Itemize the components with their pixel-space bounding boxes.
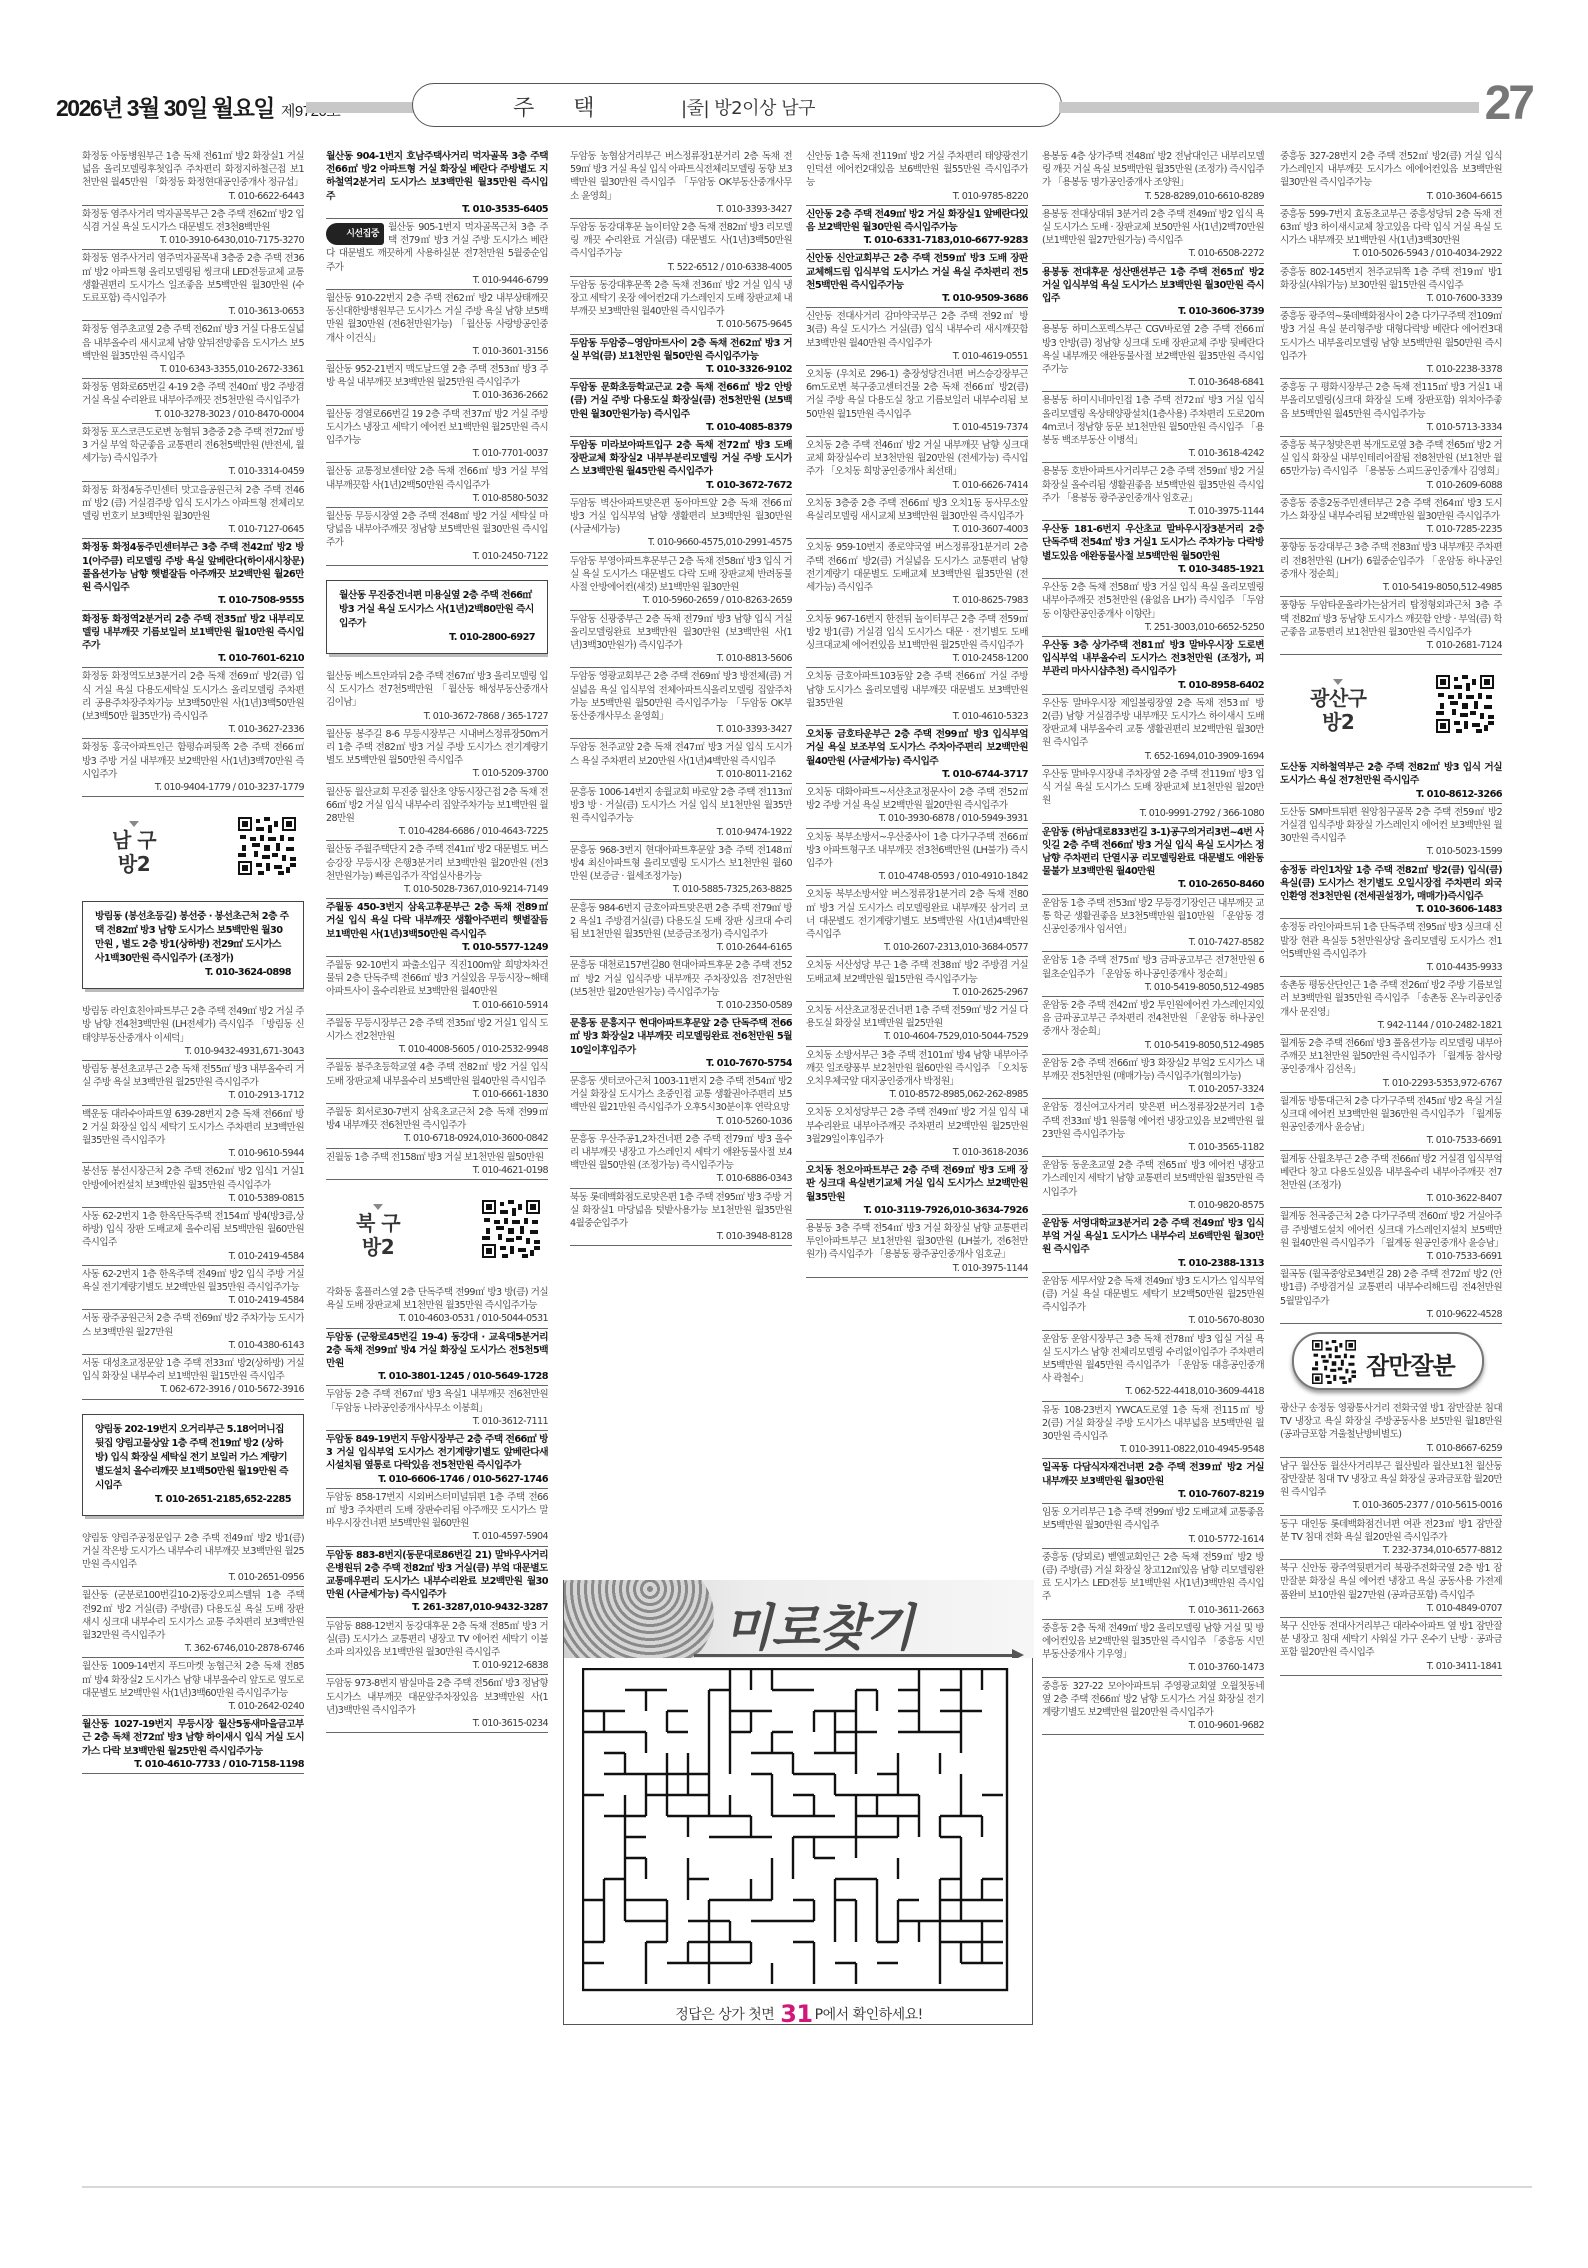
phone-number: T. 010-5419-8050,512-4985 xyxy=(1042,981,1264,994)
ad-text: 유동 108-23번지 YWCA도로옆 1층 독채 전115㎡ 방2(큼) 거실… xyxy=(1042,1405,1264,1442)
classified-ad: 월계동 방통대근처 2층 다가구주택 전45㎡ 방2 욕실 거실 싱크대 에어컨… xyxy=(1280,1093,1502,1151)
phone-number: T. 010-6626-7414 xyxy=(806,479,1028,492)
column-6: 중흥동 327-28번지 2층 주택 전52㎡ 방2(큼) 거실 입식 가스레인… xyxy=(1280,148,1502,1676)
classified-ad: 두암동 영광교회부근 2층 주택 전69㎡ 방3 방전체(큼) 거실넓음 욕실 … xyxy=(570,668,792,739)
classified-ad: 두암동 973-8번지 밤실마을 2층 주택 전56㎡ 방3 정남향 도시가스 … xyxy=(326,1675,548,1733)
classified-ad: 신안동 1층 독채 전119㎡ 방2 거실 주차편리 태양광전기 인덕션 에어컨… xyxy=(806,148,1028,206)
classified-ad: 월산동 952-21번지 맥도날드옆 2층 주택 전53㎡ 방3 주방 욕실 내… xyxy=(326,361,548,406)
ad-text: 서동 대성초교정문앞 1층 주택 전33㎡ 방2(상하방) 거실 입식 화장실 … xyxy=(82,1358,304,1382)
classified-ad: 유동 108-23번지 YWCA도로옆 1층 독채 전115㎡ 방2(큼) 거실… xyxy=(1042,1402,1264,1460)
phone-number: T. 010-6606-1746 / 010-5627-1746 xyxy=(326,1473,548,1486)
ad-text: 월산동 910-22번지 2층 주택 전62㎡ 방2 내부상태깨끗 동신대한방병… xyxy=(326,293,548,344)
phone-number: T. 010-9432-4931,671-3043 xyxy=(82,1045,304,1058)
classified-ad: 용봉동 전대상대뒤 3분거리 2층 주택 전49㎡ 방2 입식 욕실 도시가스 … xyxy=(1042,206,1264,264)
classified-ad: 북동 롯데백화점도로맞은편 1층 주택 전95㎡ 방3 주방 거실 화장실1 마… xyxy=(570,1189,792,1247)
boxed-ad: 양림동 202-19번지 오거리부근 5.18어머니집뒷집 양림고물상앞 1층 … xyxy=(82,1414,304,1516)
ad-text: 오치동 2층 주택 전46㎡ 방2 거실 내부깨끗 남향 싱크대교체 화장실수리… xyxy=(806,440,1028,477)
phone-number: T. 010-3535-6405 xyxy=(326,203,548,216)
classified-ad: 두암동 미라보아파트입구 2층 독채 전72㎡ 방3 도배 장판교체 화장실2 … xyxy=(570,437,792,495)
maze-grid[interactable] xyxy=(582,1668,1016,1993)
phone-number: T. 010-7533-6691 xyxy=(1280,1134,1502,1147)
phone-number: T. 010-5670-8030 xyxy=(1042,1314,1264,1327)
classified-ad: 운암동 운암시장부근 3층 독채 전78㎡ 방3 입실 거실 욕실 도시가스 남… xyxy=(1042,1331,1264,1402)
phone-number: T. 010-7601-6210 xyxy=(82,652,304,665)
classified-ad: 오치동 북부소방서앞 버스정류장1분거리 2층 독채 전80㎡ 방3 거실 도시… xyxy=(806,886,1028,957)
phone-number: T. 010-3119-7926,010-3634-7926 xyxy=(806,1204,1028,1217)
qr-code-icon[interactable] xyxy=(482,1200,540,1258)
ad-text: 주월동 무등시장부근 2층 주택 전35㎡ 방2 거실1 입식 도시가스 전2천… xyxy=(326,1018,548,1042)
phone-number: T. 010-2651-2185,652-2285 xyxy=(95,1493,291,1507)
qr-code-icon[interactable] xyxy=(1312,1340,1356,1384)
ad-text: 도산동 지하철역부근 2층 주택 전82㎡ 방3 입식 거실 도시가스 욕실 전… xyxy=(1280,762,1502,786)
classified-ad: 백운동 대라수아파트옆 639-28번지 2층 독채 전66㎡ 방2 거실 화장… xyxy=(82,1106,304,1164)
phone-number: T. 362-6746,010-2878-6746 xyxy=(82,1642,304,1655)
ad-text: 중흥동 599-7번지 효동초교부근 중흥성당뒤 2층 독채 전63㎡ 방3 하… xyxy=(1280,209,1502,246)
classified-ad: 용봉동 하미시네마인접 1층 주택 전72㎡ 방3 거실 입식 올리모델링 옥상… xyxy=(1042,392,1264,463)
classified-ad: 양림동 양림주공정문입구 2층 주택 전49㎡ 방2 방1(큼) 거실 작은방 … xyxy=(82,1530,304,1588)
phone-number: T. 010-5026-5943 / 010-4034-2922 xyxy=(1280,247,1502,260)
phone-number: T. 010-6886-0343 xyxy=(570,1172,792,1185)
classified-ad: 용봉동 3층 주택 전54㎡ 방3 거실 화장실 남향 교통편리 투인아파트부근… xyxy=(806,1220,1028,1278)
ad-text: 화정동 염주사거리 염주먹자골목내 3층중 2층 주택 전36㎡ 방2 아파트형… xyxy=(82,253,304,304)
ad-text: 화정동 화정역2분거리 2층 주택 전35㎡ 방2 내부리모델링 내부깨끗 기름… xyxy=(82,614,304,651)
ad-text: 동구 대인동 롯데백화점건너편 여관 전23㎡ 방1 잠만잘분 TV 침대 전화… xyxy=(1280,1519,1502,1543)
phone-number: T. 010-3648-6841 xyxy=(1042,376,1264,389)
phone-number: T. 010-6331-7183,010-6677-9283 xyxy=(806,234,1028,247)
ad-text: 두암동 동강대후문 놀이터앞 2층 독채 전82㎡ 방3 리모델링 깨끗 수리완… xyxy=(570,222,792,259)
ad-text: 중흥동 2층 독채 전49㎡ 방2 올리모델링 남향 거실 및 방에어컨있음 보… xyxy=(1042,1623,1264,1660)
ad-text: 중흥동 (당뫼로) 벧엘교회인근 2층 독채 전59㎡ 방2 방(큼) 주방(큼… xyxy=(1042,1552,1264,1603)
classified-ad: 문흥동 대천로157번길80 현대아파트후문 2층 주택 전52㎡ 방2 거실 … xyxy=(570,957,792,1015)
maze-answer-note: 정답은 상가 첫면 31P에서 확인하세요! xyxy=(564,2000,1034,2028)
phone-number: T. 010-3910-6430,010-7175-3270 xyxy=(82,234,304,247)
classified-ad: 신안동 신안교회부근 2층 주택 전59㎡ 방3 도배 장판교체해드림 입식부엌… xyxy=(806,250,1028,308)
ad-text: 화정동 화정4동주민센터부근 3층 주택 전42㎡ 방2 방1(아주큼) 리모델… xyxy=(82,542,304,593)
classified-ad: 북구 신안동 광주역뒷편거리 북광주전화국옆 2층 방1 잠만잘분 화장실 욕실… xyxy=(1280,1560,1502,1618)
ad-text: 두암동 2층 주택 전67㎡ 방3 욕실1 내부깨끗 전6천만원 「두암동 나라… xyxy=(326,1389,548,1413)
ad-text: 두암동 신광중부근 2층 독채 전79㎡ 방3 남향 입식 거실 올리모델링완료… xyxy=(570,614,792,651)
ad-text: 월산동 베스트안과뒤 2층 주택 전67㎡ 방3 올리모델링 입식 도시가스 전… xyxy=(326,671,548,708)
ad-text: 월산동 904-1번지 호남주택사거리 먹자골목 3층 주택 전66㎡ 방2 아… xyxy=(326,151,548,202)
phone-number: T. 010-3565-1182 xyxy=(1042,1141,1264,1154)
ad-text: 일곡동 다담식자재건너편 2층 주택 전39㎡ 방2 거실 내부깨끗 보3백만원… xyxy=(1042,1462,1264,1486)
ad-text: 중흥동 중흥2동주민센터부근 2층 주택 전64㎡ 방3 도시가스 화장실 내부… xyxy=(1280,498,1502,522)
phone-number: T. 010-6744-3717 xyxy=(806,768,1028,781)
header-rule-left xyxy=(306,102,416,113)
phone-number: T. 010-9446-6799 xyxy=(326,274,548,287)
phone-number: T. 010-4619-0551 xyxy=(806,350,1028,363)
ad-text: 화정동 염화로65번길 4-19 2층 주택 전40㎡ 방2 주방겸거실 욕실 … xyxy=(82,382,304,406)
phone-number: T. 010-2644-6165 xyxy=(570,941,792,954)
classified-ad: 송정동 라인아파트뒤 1층 단독주택 전95㎡ 방3 싱크대 신발장 현관 욕실… xyxy=(1280,919,1502,977)
phone-number: T. 261-3287,010-9432-3287 xyxy=(326,1601,548,1614)
ad-text: 송정동 라인아파트뒤 1층 단독주택 전95㎡ 방3 싱크대 신발장 현관 욕실… xyxy=(1280,922,1502,959)
qr-code-icon[interactable] xyxy=(1436,675,1494,733)
classified-ad: 화정동 화정역도보3분거리 2층 독채 전69㎡ 방2(큼) 입식 거실 욕실 … xyxy=(82,668,304,739)
phone-number: T. 010-7670-5754 xyxy=(570,1057,792,1070)
classified-ad: 도산동 SM마트뒤편 원앙침구골목 2층 주택 전59㎡ 방2 거실겸 입식주방… xyxy=(1280,804,1502,862)
maze-puzzle: 미로찾기 정답은 상가 첫면 31P에서 확인하세요! xyxy=(563,1580,1033,2025)
classified-ad: 월산동 주월주택단지 2층 주택 전41㎡ 방2 대문별도 버스승강장 무등시장… xyxy=(326,841,548,899)
ad-text: 사동 62-2번지 1층 한옥주택 전49㎡ 방2 입식 주방 거실 욕실 전기… xyxy=(82,1269,304,1293)
classified-ad: 두암동 천주교앞 2층 독채 전47㎡ 방3 거실 입식 도시가스 욕실 주차편… xyxy=(570,739,792,784)
classified-ad: 우산동 2층 독채 전58㎡ 방3 거실 입식 욕실 올리모델링 내부아주깨끗 … xyxy=(1042,579,1264,637)
phone-number: T. 010-9474-1922 xyxy=(570,826,792,839)
classified-ad: 풍향동 두암타운올라가는삼거리 탑정형외과근처 3층 주택 전82㎡ 방3 동남… xyxy=(1280,597,1502,655)
classified-ad: 우산동 말바우시장내 주차장옆 2층 주택 전119㎡ 방3 입식 거실 욕실 … xyxy=(1042,766,1264,824)
answer-page-number: 31 xyxy=(780,2000,812,2028)
ad-text: 우산동 2층 독채 전58㎡ 방3 거실 입식 욕실 올리모델링 내부아주깨끗 … xyxy=(1042,582,1264,619)
phone-number: T. 010-2350-0589 xyxy=(570,999,792,1012)
classified-ad: 시선집중월산동 905-1번지 먹자골목근처 3층 주택 전79㎡ 방3 거실 … xyxy=(326,219,548,290)
phone-number: T. 010-9622-4528 xyxy=(1280,1308,1502,1321)
classified-ad: 두암동 부영아파트후문부근 2층 독채 전58㎡ 방3 입식 거실 욕실 도시가… xyxy=(570,553,792,611)
classified-ad: 오치동 3층중 2층 주택 전66㎡ 방3 오치1동 동사무소앞 욕실리모델링 … xyxy=(806,495,1028,540)
classified-ad: 운암동 1층 주택 전75㎡ 방3 금파공고부근 전7천만원 6월초순입주가 「… xyxy=(1042,952,1264,997)
classified-ad: 화정동 화정4동주민센터부근 3층 주택 전42㎡ 방2 방1(아주큼) 리모델… xyxy=(82,539,304,610)
classified-ad: 두암동 (군왕로45번길 19-4) 동강대 · 교육대5분거리 2층 독채 전… xyxy=(326,1329,548,1387)
phone-number: T. 010-4380-6143 xyxy=(82,1339,304,1352)
classified-ad: 두암동 2층 주택 전67㎡ 방3 욕실1 내부깨끗 전6천만원 「두암동 나라… xyxy=(326,1386,548,1431)
phone-number: T. 010-4519-7374 xyxy=(806,421,1028,434)
phone-number: T. 010-3393-3427 xyxy=(570,203,792,216)
classified-ad: 중흥동 2층 독채 전49㎡ 방2 올리모델링 남향 거실 및 방에어컨있음 보… xyxy=(1042,1620,1264,1678)
phone-number: T. 010-5675-9645 xyxy=(570,318,792,331)
phone-number: T. 010-2419-4584 xyxy=(82,1294,304,1307)
region-header-bukgu: 북 구방2 xyxy=(326,1192,548,1272)
phone-number: T. 010-3975-1144 xyxy=(806,1262,1028,1275)
ad-text: 오치동 금호아파트103동앞 2층 주택 전66㎡ 거실 주방 남향 도시가스 … xyxy=(806,671,1028,708)
ad-text: 오치동 북부소방서~우산중사이 1층 다가구주택 전66㎡ 방3 아파트형구조 … xyxy=(806,832,1028,869)
classified-ad: 오치동 북부소방서~우산중사이 1층 다가구주택 전66㎡ 방3 아파트형구조 … xyxy=(806,829,1028,887)
classified-ad: 주월동 봉주초등학교옆 4층 주택 전82㎡ 방2 거실 입식 도배 장판교체 … xyxy=(326,1059,548,1104)
ad-text: 화정동 아동병원부근 1층 독채 전61㎡ 방2 화장실1 거실넓음 올리모델링… xyxy=(82,151,304,188)
ad-text: 두암동 858-17번지 시외버스터미널뒤편 1층 주택 전66㎡ 방3 주차편… xyxy=(326,1492,548,1529)
ad-text: 월산동 월산교회 무진중 월산초 양동시장근접 2층 독채 전66㎡ 방2 거실… xyxy=(326,787,548,824)
phone-number: T. 010-6718-0924,010-3600-0842 xyxy=(326,1132,548,1145)
classified-ad: 월산동 (군분로100번길10-2)동강오피스텔뒤 1층 주택 전92㎡ 방2 … xyxy=(82,1587,304,1658)
classified-ad: 일곡동 다담식자재건너편 2층 주택 전39㎡ 방2 거실 내부깨끗 보3백만원… xyxy=(1042,1459,1264,1504)
ad-text: 중흥동 구 평화시장부근 2층 독채 전115㎡ 방3 거실1 내부올리모델링(… xyxy=(1280,382,1502,419)
classified-ad: 남구 월산동 월산사거리부근 월산빌라 월산보1천 월산동 잠만잘분 침대 TV… xyxy=(1280,1458,1502,1516)
classified-ad: 월산동 무등시장옆 2층 주택 전48㎡ 방2 거실 세탁실 마당넓음 내부아주… xyxy=(326,508,548,566)
classified-ad: 월계동 천곡중근처 2층 다가구주택 전60㎡ 방2 거실아주큼 주방별도설치 … xyxy=(1280,1208,1502,1266)
phone-number: T. 010-5389-0815 xyxy=(82,1192,304,1205)
classified-ad: 월계동 산월초부근 2층 주택 전66㎡ 방2 거실겸 입식부엌 베란다 창고 … xyxy=(1280,1151,1502,1209)
classified-ad: 문흥동 문흥지구 현대아파트후문앞 2층 단독주택 전66㎡ 방3 화장실2 내… xyxy=(570,1015,792,1073)
phone-number: T. 010-4008-5605 / 010-2532-9948 xyxy=(326,1043,548,1056)
section-pill: 주 택 |줄| 방2이상 남구 xyxy=(412,83,1062,127)
triangle-icon xyxy=(1333,679,1343,685)
ad-text: 운암동 서영대학교3분거리 2층 주택 전49㎡ 방3 입식부엌 거실 욕실1 … xyxy=(1042,1218,1264,1255)
classified-ad: 월산동 910-22번지 2층 주택 전62㎡ 방2 내부상태깨끗 동신대한방병… xyxy=(326,290,548,361)
phone-number: T. 010-8572-8985,062-262-8985 xyxy=(806,1088,1028,1101)
phone-number: T. 010-3627-2336 xyxy=(82,723,304,736)
classified-ad: 두암동 신광중부근 2층 독채 전79㎡ 방3 남향 입식 거실 올리모델링완료… xyxy=(570,611,792,669)
ad-text: 운암동 경신여고사거리 맞은편 버스정류장2분거리 1층 주택 전33㎡ 방1 … xyxy=(1042,1102,1264,1139)
phone-number: T. 010-3911-0822,010-4945-9548 xyxy=(1042,1443,1264,1456)
ad-text: 용봉동 전대후문 성산맨션부근 1층 주택 전65㎡ 방2 거실 입식부엌 욕실… xyxy=(1042,267,1264,304)
phone-number: T. 010-2609-6088 xyxy=(1280,479,1502,492)
phone-number: T. 010-6508-2272 xyxy=(1042,247,1264,260)
classified-ad: 월산동 베스트안과뒤 2층 주택 전67㎡ 방3 올리모델링 입식 도시가스 전… xyxy=(326,668,548,726)
classified-ad: 문흥동 968-3번지 현대아파트후문앞 3층 주택 전148㎡ 방4 최신아파… xyxy=(570,842,792,900)
classified-ad: 서동 대성초교정문앞 1층 주택 전33㎡ 방2(상하방) 거실 입식 화장실 … xyxy=(82,1355,304,1400)
ad-text: 운암동 운암시장부근 3층 독채 전78㎡ 방3 입실 거실 욕실 도시가스 남… xyxy=(1042,1334,1264,1385)
phone-number: T. 010-4597-5904 xyxy=(326,1530,548,1543)
ad-text: 주월동 92-10번지 파출소입구 직진100m앞 희망차차건물뒤 2층 단독주… xyxy=(326,960,548,997)
ad-text: 화정동 염주초교옆 2층 주택 전62㎡ 방3 거실 다용도실넓음 내부올수리 … xyxy=(82,324,304,361)
issue-date: 2026년 3월 30일 월요일 제9720호 xyxy=(56,90,340,123)
phone-number: T. 010-9820-8575 xyxy=(1042,1199,1264,1212)
phone-number: T. 010-3605-2377 / 010-5615-0016 xyxy=(1280,1499,1502,1512)
classified-ad: 풍향동 동강대부근 3층 주택 전83㎡ 방3 내부깨끗 주차편리 전8천만원 … xyxy=(1280,539,1502,597)
classified-ad: 오치동 959-10번지 종로약국옆 버스정류장1분거리 2층 주택 전66㎡ … xyxy=(806,539,1028,610)
classified-ad: 우산동 말바우시장 제일볼링장옆 2층 독채 전53㎡ 방2(큼) 남향 거실겸… xyxy=(1042,695,1264,766)
ad-text: 운암동 동운초교옆 2층 주택 전65㎡ 방3 에어컨 냉장고 가스레인지 세탁… xyxy=(1042,1160,1264,1197)
ad-text: 신안동 2층 주택 전49㎡ 방2 거실 화장실1 앞베란다있음 보2백만원 월… xyxy=(806,209,1028,233)
ad-text: 월산동 주월주택단지 2층 주택 전41㎡ 방2 대문별도 버스승강장 무등시장… xyxy=(326,844,548,881)
phone-number: T. 010-2681-7124 xyxy=(1280,639,1502,652)
phone-number: T. 010-2913-1712 xyxy=(82,1089,304,1102)
phone-number: T. 010-3326-9102 xyxy=(570,363,792,376)
classified-ad: 오치동 2층 주택 전46㎡ 방2 거실 내부깨끗 남향 싱크대교체 화장실수리… xyxy=(806,437,1028,495)
classified-ad: 월산동 교통정보센터앞 2층 독채 전66㎡ 방3 거실 부엌 내부깨끗함 사(… xyxy=(326,463,548,508)
phone-number: T. 010-9212-6838 xyxy=(326,1659,548,1672)
region-header-gwangsangu: 광산구방2 xyxy=(1280,667,1502,747)
phone-number: T. 010-2458-1200 xyxy=(806,652,1028,665)
phone-number: T. 010-9785-8220 xyxy=(806,190,1028,203)
phone-number: T. 010-7427-8582 xyxy=(1042,936,1264,949)
classified-ad: 운암동 서영대학교3분거리 2층 주택 전49㎡ 방3 입식부엌 거실 욕실1 … xyxy=(1042,1215,1264,1273)
boxed-ad: 방림동 (봉선초등길) 봉선중 · 봉선초근처 2층 주택 전82㎡ 방3 남향… xyxy=(82,901,304,989)
ad-text: 중흥동 광주역~롯데백화점사이 2층 다가구주택 전109㎡ 방3 거실 욕실 … xyxy=(1280,311,1502,362)
ad-text: 월산동 봉주길 8-6 무등시장부근 시내버스정류장50m거리 1층 주택 전8… xyxy=(326,729,548,766)
classified-ad: 운암동 2층 주택 전66㎡ 방3 화장실2 부엌2 도시가스 내부깨끗 전5천… xyxy=(1042,1055,1264,1100)
classified-ad: 주월동 92-10번지 파출소입구 직진100m앞 희망차차건물뒤 2층 단독주… xyxy=(326,957,548,1015)
ad-text: 봉선동 봉선시장근처 2층 주택 전62㎡ 방2 입식1 거실1 안방에어컨설치… xyxy=(82,1166,304,1190)
ad-text: 월산동 (군분로100번길10-2)동강오피스텔뒤 1층 주택 전92㎡ 방2 … xyxy=(82,1590,304,1641)
classified-ad: 운암동 세무서앞 2층 독채 전49㎡ 방3 도시가스 입식부엌(큼) 거실 욕… xyxy=(1042,1273,1264,1331)
phone-number: T. 010-3485-1921 xyxy=(1042,563,1264,576)
classified-ad: 사동 62-2번지 1층 한옥주택 전49㎡ 방2 입식 주방 거실 욕실 전기… xyxy=(82,1266,304,1311)
ad-text: 월산동 1027-19번지 무등시장 월산5동새마을금고부근 2층 독채 전72… xyxy=(82,1719,304,1756)
ad-text: 문흥동 문흥지구 현대아파트후문앞 2층 단독주택 전66㎡ 방3 화장실2 내… xyxy=(570,1018,792,1055)
ad-text: 오치동 서산성당 부근 1층 주택 전38㎡ 방2 주방겸 거실 도배교체 보2… xyxy=(806,960,1028,984)
classified-ad: 주월동 회서로30-7번지 삼육초교근처 2층 독채 전99㎡ 방4 내부깨끗 … xyxy=(326,1104,548,1149)
phone-number: T. 010-2293-5353,972-6767 xyxy=(1280,1077,1502,1090)
classified-ad: 북구 신안동 전대사거리부근 대라수아파트 옆 방1 잠만잘분 냉장고 침대 세… xyxy=(1280,1618,1502,1676)
ad-text: 두암동 문화초등학교근교 2층 독채 전66㎡ 방2 안방(큼) 거실 주방 다… xyxy=(570,382,792,419)
phone-number: T. 010-2651-0956 xyxy=(82,1571,304,1584)
classified-ad: 월산동 904-1번지 호남주택사거리 먹자골목 3층 주택 전66㎡ 방2 아… xyxy=(326,148,548,219)
classified-ad: 화정동 염주사거리 먹자골목부근 2층 주택 전62㎡ 방2 입식겸 거실 욕실… xyxy=(82,206,304,251)
ad-text: 우산동 말바우시장내 주차장옆 2층 주택 전119㎡ 방3 입식 거실 욕실 … xyxy=(1042,769,1264,806)
ad-text: 두암동 부영아파트후문부근 2층 독채 전58㎡ 방3 입식 거실 욕실 도시가… xyxy=(570,556,792,593)
phone-number: T. 251-3003,010-6652-5250 xyxy=(1042,621,1264,634)
ad-text: 주월동 450-3번지 삼육고후문부근 2층 독채 전89㎡ 거실 입식 욕실 … xyxy=(326,902,548,939)
ad-text: 오치동 오치성당부근 2층 주택 전49㎡ 방2 거실 입식 내부수리완료 내부… xyxy=(806,1107,1028,1144)
classified-ad: 오치동 금호타운부근 2층 주택 전99㎡ 방3 입식부엌 거실 욕실 보조부엌… xyxy=(806,726,1028,784)
phone-number: T. 010-4435-9933 xyxy=(1280,961,1502,974)
ad-text: 월산동 무등시장옆 2층 주택 전48㎡ 방2 거실 세탁실 마당넓음 내부아주… xyxy=(326,511,548,548)
phone-number: T. 010-3930-6878 / 010-5949-3931 xyxy=(806,812,1028,825)
phone-number: T. 010-9404-1779 / 010-3237-1779 xyxy=(82,781,304,794)
classified-ad: 용봉동 전대후문 성산맨션부근 1층 주택 전65㎡ 방2 거실 입식부엌 욕실… xyxy=(1042,264,1264,322)
ad-text: 월계동 2층 주택 전66㎡ 방3 풀옵션가능 리모델링 내부아주깨끗 보1천만… xyxy=(1280,1038,1502,1075)
ad-text: 사동 62-2번지 1층 한옥단독주택 전154㎡ 방4(방3큼,상하방) 입식… xyxy=(82,1211,304,1248)
classified-ad: 중흥동 (당뫼로) 벧엘교회인근 2층 독채 전59㎡ 방2 방(큼) 주방(큼… xyxy=(1042,1549,1264,1620)
phone-number: T. 010-4621-0198 xyxy=(326,1164,548,1177)
classified-ad: 오치동 소방서부근 3층 주택 전101㎡ 방4 남향 내부아주깨끗 일조량풍부… xyxy=(806,1047,1028,1105)
phone-number: T. 010-3672-7868 / 365-1727 xyxy=(326,710,548,723)
ad-text: 문흥동 샛터코아근처 1003-11번지 2층 주택 전54㎡ 방2 거실 화장… xyxy=(570,1076,792,1113)
classified-ad: 각화동 홈플러스옆 2층 단독주택 전99㎡ 방3 방(큼) 거실 욕실 도배 … xyxy=(326,1284,548,1329)
classified-ad: 운암동 2층 주택 전42㎡ 방2 투인원에어컨 가스레인지있음 금파공고부근 … xyxy=(1042,997,1264,1055)
triangle-icon xyxy=(373,1204,383,1210)
ad-text: 광산구 송정동 영광통사거리 전화국옆 방1 잠만잘분 침대 TV 냉장고 욕실… xyxy=(1280,1403,1502,1440)
phone-number: T. 010-5209-3700 xyxy=(326,767,548,780)
phone-number: T. 010-9601-9682 xyxy=(1042,1719,1264,1732)
ad-text: 주월동 봉주초등학교옆 4층 주택 전82㎡ 방2 거실 입식 도배 장판교체 … xyxy=(326,1062,548,1086)
ad-text: 문흥동 968-3번지 현대아파트후문앞 3층 주택 전148㎡ 방4 최신아파… xyxy=(570,845,792,882)
ad-text: 북구 신안동 광주역뒷편거리 북광주전화국옆 2층 방1 잠만잘분 화장실 욕실… xyxy=(1280,1563,1502,1600)
ad-text: 방림동 라인효친아파트부근 2층 주택 전49㎡ 방2 거실 주방 남향 전4천… xyxy=(82,1006,304,1043)
classified-ad: 문흥동 우산주공1,2차건너편 2층 주택 전79㎡ 방3 올수리 내부깨끗 냉… xyxy=(570,1131,792,1189)
phone-number: T. 010-2057-3324 xyxy=(1042,1083,1264,1096)
ad-text: 문흥동 984-6번지 금호아파트맞은편 2층 주택 전79㎡ 방2 욕실1 주… xyxy=(570,903,792,940)
ad-text: 용봉동 하미시네마인접 1층 주택 전72㎡ 방3 거실 입식 올리모델링 옥상… xyxy=(1042,395,1264,446)
ad-text: 오치동 소방서부근 3층 주택 전101㎡ 방4 남향 내부아주깨끗 일조량풍부… xyxy=(806,1050,1028,1087)
ad-text: 우산동 181-6번지 우산초교 말바우시장3분거리 2층 단독주택 전54㎡ … xyxy=(1042,524,1264,561)
ad-text: 두암동 영광교회부근 2층 주택 전69㎡ 방3 방전체(큼) 거실넓음 욕실 … xyxy=(570,671,792,722)
ad-text: 오치동 대화아파트~서산초교정문사이 2층 주택 전52㎡ 방2 주방 거실 욕… xyxy=(806,787,1028,811)
ad-text: 운암동 1층 주택 전53㎡ 방2 무등경기장인근 내부깨끗 교통 학군 생활권… xyxy=(1042,898,1264,935)
ad-text: 월산동 경열로66번길 19 2층 주택 전37㎡ 방2 거실 주방 도시가스 … xyxy=(326,409,548,446)
ad-text: 운암동 2층 주택 전66㎡ 방3 화장실2 부엌2 도시가스 내부깨끗 전5천… xyxy=(1042,1058,1264,1082)
footer-rule xyxy=(82,2186,1532,2188)
jamman-badge: 잠만잘분 xyxy=(1292,1332,1484,1390)
ad-text: 오치동 967-16번지 한전뒤 놀이터부근 2층 주택 전59㎡ 방2 방1(… xyxy=(806,614,1028,651)
classified-ad: 화정동 염주사거리 염주먹자골목내 3층중 2층 주택 전36㎡ 방2 아파트형… xyxy=(82,250,304,321)
phone-number: T. 010-3278-3023 / 010-8470-0004 xyxy=(82,408,304,421)
classified-ad: 화정동 아동병원부근 1층 독채 전61㎡ 방2 화장실1 거실넓음 올리모델링… xyxy=(82,148,304,206)
ad-text: 중흥동 802-145번지 천주교뒤쪽 1층 주택 전19㎡ 방1 화장실(샤워… xyxy=(1280,267,1502,291)
phone-number: T. 010-3606-1483 xyxy=(1280,903,1502,916)
classified-ad: 중흥동 광주역~롯데백화점사이 2층 다가구주택 전109㎡ 방3 거실 욕실 … xyxy=(1280,308,1502,379)
qr-code-icon[interactable] xyxy=(238,817,296,875)
classified-ad: 용봉동 호반아파트사거리부근 2층 주택 전59㎡ 방2 거실 화장실 올수리됨… xyxy=(1042,463,1264,521)
classified-ad: 오치동 대화아파트~서산초교정문사이 2층 주택 전52㎡ 방2 주방 거실 욕… xyxy=(806,784,1028,829)
classified-ad: 우산동 181-6번지 우산초교 말바우시장3분거리 2층 단독주택 전54㎡ … xyxy=(1042,521,1264,579)
phone-number: T. 010-7600-3339 xyxy=(1280,292,1502,305)
ad-text: 두암동 농협삼거리부근 버스정류장1분거리 2층 독채 전59㎡ 방3 거실 욕… xyxy=(570,151,792,202)
ad-text: 중흥동 북구청맞은편 복개도로옆 3층 주택 전65㎡ 방2 거실 입식 화장실… xyxy=(1280,440,1502,477)
ad-text: 화정동 포스코큰도로변 농협뒤 3층중 2층 주택 전72㎡ 방3 거실 부엌 … xyxy=(82,427,304,464)
classified-ad: 사동 62-2번지 1층 한옥단독주택 전154㎡ 방4(방3큼,상하방) 입식… xyxy=(82,1208,304,1266)
classified-ad: 두암동 농협삼거리부근 버스정류장1분거리 2층 독채 전59㎡ 방3 거실 욕… xyxy=(570,148,792,219)
classified-ad: 주월동 450-3번지 삼육고후문부근 2층 독채 전89㎡ 거실 입식 욕실 … xyxy=(326,899,548,957)
ad-text: 월계동 산월초부근 2층 주택 전66㎡ 방2 거실겸 입식부엌 베란다 창고 … xyxy=(1280,1154,1502,1191)
classified-ad: 월산동 1009-14번지 푸드마켓 농협근처 2층 독채 전85㎡ 방4 화장… xyxy=(82,1658,304,1716)
column-1: 화정동 아동병원부근 1층 독채 전61㎡ 방2 화장실1 거실넓음 올리모델링… xyxy=(82,148,304,1774)
ad-text: 두암동 973-8번지 밤실마을 2층 주택 전56㎡ 방3 정남향 도시가스 … xyxy=(326,1678,548,1715)
phone-number: T. 010-2388-1313 xyxy=(1042,1257,1264,1270)
phone-number: T. 010-3618-4242 xyxy=(1042,447,1264,460)
ad-text: 신안동 신안교회부근 2층 주택 전59㎡ 방3 도배 장판교체해드림 입식부엌… xyxy=(806,253,1028,290)
phone-number: T. 010-2238-3378 xyxy=(1280,363,1502,376)
ad-text: 운암동 (하남대로833번길 3-1)공구의거리3번~4번 사잇길 2층 주택 … xyxy=(1042,827,1264,878)
ad-text: 북동 롯데백화점도로맞은편 1층 주택 전95㎡ 방3 주방 거실 화장실1 마… xyxy=(570,1192,792,1229)
phone-number: T. 010-4849-0707 xyxy=(1280,1602,1502,1615)
ad-text: 화정동 화정4동주민센터 맛고을공원근처 2층 주택 전46㎡ 방2 (큼) 거… xyxy=(82,485,304,522)
ad-text: 용봉동 3층 주택 전54㎡ 방3 거실 화장실 남향 교통편리 투인아파트부근… xyxy=(806,1223,1028,1260)
phone-number: T. 010-3393-3427 xyxy=(570,723,792,736)
classified-ad: 운암동 (하남대로833번길 3-1)공구의거리3번~4번 사잇길 2층 주택 … xyxy=(1042,824,1264,895)
ad-text: 화정동 화정역도보3분거리 2층 독채 전69㎡ 방2(큼) 입식 거실 욕실 … xyxy=(82,671,304,722)
phone-number: T. 010-5577-1249 xyxy=(326,941,548,954)
phone-number: T. 010-6343-3355,010-2672-3361 xyxy=(82,363,304,376)
arrow-right-icon xyxy=(694,1654,1014,1657)
ad-text: 풍향동 동강대부근 3층 주택 전83㎡ 방3 내부깨끗 주차편리 전8천만원 … xyxy=(1280,542,1502,579)
ad-text: 송촌동 평동산단인근 1층 주택 전26㎡ 방2 주방 기름보일러 보3백만원 … xyxy=(1280,980,1502,1017)
ad-text: 우산동 3층 상가주택 전81㎡ 방3 말바우시장 도로변 입식부엌 내부올수리… xyxy=(1042,640,1264,677)
classified-ad: 방림동 라인효친아파트부근 2층 주택 전49㎡ 방2 거실 주방 남향 전4천… xyxy=(82,1003,304,1061)
ad-text: 오치동 959-10번지 종로약국옆 버스정류장1분거리 2층 주택 전66㎡ … xyxy=(806,542,1028,593)
ad-text: 용봉동 호반아파트사거리부근 2층 주택 전59㎡ 방2 거실 화장실 올수리됨… xyxy=(1042,466,1264,503)
jamman-label: 잠만잘분 xyxy=(1366,1346,1455,1381)
phone-number: T. 942-1144 / 010-2482-1821 xyxy=(1280,1019,1502,1032)
phone-number: T. 010-5023-1599 xyxy=(1280,845,1502,858)
triangle-icon xyxy=(129,821,139,827)
classified-ad: 화정동 염화로65번길 4-19 2층 주택 전40㎡ 방2 주방겸거실 욕실 … xyxy=(82,379,304,424)
phone-number: T. 010-6610-5914 xyxy=(326,999,548,1012)
phone-number: T. 010-4610-7733 / 010-7158-1198 xyxy=(82,1758,304,1771)
ad-text: 중흥동 327-28번지 2층 주택 전52㎡ 방2(큼) 거실 입식 가스레인… xyxy=(1280,151,1502,188)
classified-ad: 화정동 포스코큰도로변 농협뒤 3층중 2층 주택 전72㎡ 방3 거실 부엌 … xyxy=(82,424,304,482)
ad-text: 오치동 금호타운부근 2층 주택 전99㎡ 방3 입식부엌 거실 욕실 보조부엌… xyxy=(806,729,1028,766)
ad-text: 북구 신안동 전대사거리부근 대라수아파트 옆 방1 잠만잘분 냉장고 침대 세… xyxy=(1280,1621,1502,1658)
phone-number: T. 010-4085-8379 xyxy=(570,421,792,434)
ad-text: 우산동 말바우시장 제일볼링장옆 2층 독채 전53㎡ 방2(큼) 남향 거실겸… xyxy=(1042,698,1264,749)
classified-ad: 화정동 화정역2분거리 2층 주택 전35㎡ 방2 내부리모델링 내부깨끗 기름… xyxy=(82,611,304,669)
classified-ad: 오치동 서산초교정문건너편 1층 주택 전59㎡ 방2 거실 다용도실 화장실 … xyxy=(806,1002,1028,1047)
ad-text: 운암동 세무서앞 2층 독채 전49㎡ 방3 도시가스 입식부엌(큼) 거실 욕… xyxy=(1042,1276,1264,1313)
ad-text: 월곡동 (월곡중앙로34번길 28) 2층 주택 전72㎡ 방2 (안방1큼) … xyxy=(1280,1269,1502,1306)
classified-ad: 용봉동 하미스포렉스부근 CGV바로옆 2층 주택 전66㎡ 방3 안방(큼) … xyxy=(1042,321,1264,392)
classified-ad: 두암동 883-8번지(동문대로86번길 21) 말바우사거리 은병원뒤 2층 … xyxy=(326,1547,548,1618)
phone-number: T. 010-4610-5323 xyxy=(806,710,1028,723)
classified-ad: 화정동 홍국아파트인근 함평슈퍼뒷쪽 2층 주택 전66㎡ 방3 주방 거실 내… xyxy=(82,739,304,797)
classified-ad: 운암동 1층 주택 전53㎡ 방2 무등경기장인근 내부깨끗 교통 학군 생활권… xyxy=(1042,895,1264,953)
ad-text: 문흥동 우산주공1,2차건너편 2층 주택 전79㎡ 방3 올수리 내부깨끗 냉… xyxy=(570,1134,792,1171)
phone-number: T. 010-3612-7111 xyxy=(326,1415,548,1428)
classified-ad: 도산동 지하철역부근 2층 주택 전82㎡ 방3 입식 거실 도시가스 욕실 전… xyxy=(1280,759,1502,804)
ad-text: 신안동 1층 독채 전119㎡ 방2 거실 주차편리 태양광전기 인덕션 에어컨… xyxy=(806,151,1028,188)
ad-text: 각화동 홈플러스옆 2층 단독주택 전99㎡ 방3 방(큼) 거실 욕실 도배 … xyxy=(326,1287,548,1311)
maze-title: 미로찾기 xyxy=(724,1588,913,1658)
classified-ad: 중흥동 중흥2동주민센터부근 2층 주택 전64㎡ 방3 도시가스 화장실 내부… xyxy=(1280,495,1502,540)
ad-text: 두암동 미라보아파트입구 2층 독채 전72㎡ 방3 도배 장판교체 화장실2 … xyxy=(570,440,792,477)
ad-text: 두암동 벽산아파트맞은편 동아마트앞 2층 독채 전66㎡ 방3 거실 입식부엌… xyxy=(570,498,792,535)
ad-text: 두암동 천주교앞 2층 독채 전47㎡ 방3 거실 입식 도시가스 욕실 주차편… xyxy=(570,742,792,766)
phone-number: T. 010-4748-0593 / 010-4910-1842 xyxy=(806,870,1028,883)
phone-number: T. 010-3606-3739 xyxy=(1042,305,1264,318)
phone-number: T. 010-9660-4575,010-2991-4575 xyxy=(570,536,792,549)
phone-number: T. 010-2650-8460 xyxy=(1042,878,1264,891)
classified-ad: 주월동 무등시장부근 2층 주택 전35㎡ 방2 거실1 입식 도시가스 전2천… xyxy=(326,1015,548,1060)
phone-number: T. 010-9991-2792 / 366-1080 xyxy=(1042,807,1264,820)
